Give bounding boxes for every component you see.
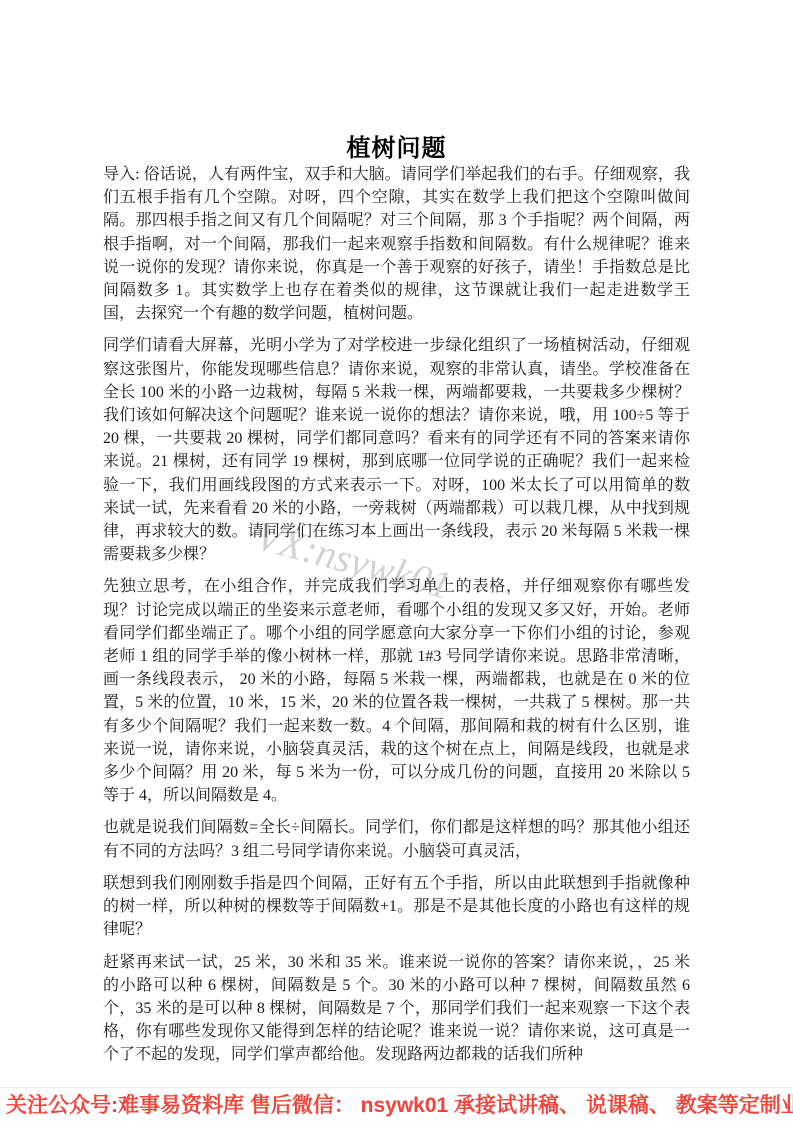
document-page: VX:nsywk01 植树问题 导入: 俗话说，人有两件宝，双手和大脑。请同学们…	[0, 0, 793, 1122]
document-title: 植树问题	[0, 128, 793, 163]
paragraph: 同学们请看大屏幕，光明小学为了对学校进一步绿化组织了一场植树活动，仔细观察这张图…	[103, 334, 690, 566]
paragraph: 先独立思考，在小组合作，并完成我们学习单上的表格，并仔细观察你有哪些发现？讨论完…	[103, 575, 690, 807]
paragraph: 联想到我们刚刚数手指是四个间隔，正好有五个手指，所以由此联想到手指就像种的树一样…	[103, 872, 690, 942]
paragraph: 也就是说我们间隔数=全长÷间隔长。同学们，你们都是这样想的吗？那其他小组还有不同…	[103, 816, 690, 862]
document-body: 导入: 俗话说，人有两件宝，双手和大脑。请同学们举起我们的右手。仔细观察，我们五…	[103, 163, 690, 1076]
paragraph: 导入: 俗话说，人有两件宝，双手和大脑。请同学们举起我们的右手。仔细观察，我们五…	[103, 163, 690, 325]
footer-text: 关注公众号:难事易资料库 售后微信： nsywk01 承接试讲稿、 说课稿、 教…	[0, 1095, 793, 1116]
footer-banner: 关注公众号:难事易资料库 售后微信： nsywk01 承接试讲稿、 说课稿、 教…	[0, 1087, 793, 1122]
paragraph: 赶紧再来试一试，25 米，30 米和 35 米。谁来说一说你的答案？请你来说，，…	[103, 951, 690, 1067]
